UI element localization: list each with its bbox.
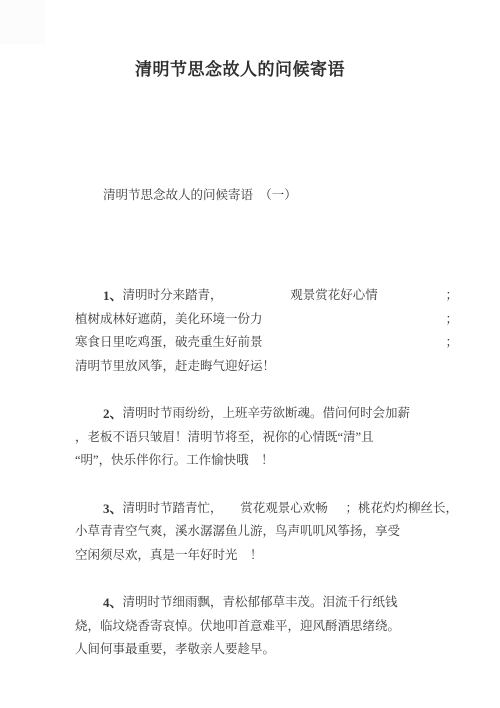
text-line: 寒食日里吃鸡蛋，破壳重生好前景； (75, 331, 458, 355)
text-run: 清明时分来踏青， (123, 284, 223, 308)
text-line: 2、清明时节雨纷纷，上班辛劳欲断魂。借问何时会加薪 (75, 402, 458, 426)
text-line: 空闲须尽欢，真是一年好时光 ！ (75, 544, 458, 568)
text-run: 清明节里放风筝，赶走晦气迎好运！ (75, 355, 275, 379)
text-run: 植树成林好遮荫，美化环境一份力 (75, 308, 263, 332)
text-run: 赏花观景心欢畅 (240, 497, 328, 521)
text-run: 清明时节雨纷纷，上班辛劳欲断魂。借问何时会加薪 (123, 402, 411, 426)
gap-spacer (263, 331, 446, 355)
text-line: 小草青青空气爽，溪水潺潺鱼儿游，鸟声叽叽风筝扬，享受 (75, 520, 458, 544)
gap-spacer (223, 497, 241, 521)
paragraph-number: 4、 (103, 591, 123, 615)
text-line: 3、清明时节踏青忙，赏花观景心欢畅；桃花灼灼柳丝长， (75, 497, 458, 521)
text-run: “明”，快乐伴你行。工作愉快哦 ！ (75, 449, 274, 473)
paragraph: 4、清明时节细雨飘，青松郁郁草丰茂。泪流千行纸钱烧，临坟烧香寄哀悼。伏地叩首意难… (75, 591, 458, 662)
paragraph-number: 1、 (103, 284, 123, 308)
document-title: 清明节思念故人的问候寄语 (0, 58, 480, 82)
text-run: ； (445, 331, 458, 355)
text-run: 观景赏花好心情 (290, 284, 378, 308)
text-run: ，老板不语只皱眉！清明节将至，祝你的心情既“清”且 (75, 426, 374, 450)
text-line: “明”，快乐伴你行。工作愉快哦 ！ (75, 449, 458, 473)
paragraph-number: 2、 (103, 402, 123, 426)
text-run: 空闲须尽欢，真是一年好时光 ！ (75, 544, 263, 568)
document-subtitle: 清明节思念故人的问候寄语 （一） (0, 185, 500, 205)
text-line: 清明节里放风筝，赶走晦气迎好运！ (75, 355, 458, 379)
text-line: ，老板不语只皱眉！清明节将至，祝你的心情既“清”且 (75, 426, 458, 450)
text-line: 人间何事最重要，孝敬亲人要趁早。 (75, 638, 458, 662)
text-line: 1、清明时分来踏青，观景赏花好心情； (75, 284, 458, 308)
document-body: 1、清明时分来踏青，观景赏花好心情；植树成林好遮荫，美化环境一份力；寒食日里吃鸡… (0, 284, 500, 662)
gap-spacer (328, 497, 346, 521)
text-line: 4、清明时节细雨飘，青松郁郁草丰茂。泪流千行纸钱 (75, 591, 458, 615)
text-run: 清明时节踏青忙， (123, 497, 223, 521)
gap-spacer (223, 284, 291, 308)
text-line: 植树成林好遮荫，美化环境一份力； (75, 308, 458, 332)
text-run: 小草青青空气爽，溪水潺潺鱼儿游，鸟声叽叽风筝扬，享受 (75, 520, 400, 544)
gap-spacer (263, 308, 446, 332)
text-run: 人间何事最重要，孝敬亲人要趁早。 (75, 638, 275, 662)
scan-artifact (0, 0, 46, 44)
text-run: ； (445, 308, 458, 332)
document-page: 清明节思念故人的问候寄语 清明节思念故人的问候寄语 （一） 1、清明时分来踏青，… (0, 0, 500, 708)
text-run: ； (445, 284, 458, 308)
paragraph: 1、清明时分来踏青，观景赏花好心情；植树成林好遮荫，美化环境一份力；寒食日里吃鸡… (75, 284, 458, 378)
paragraph-number: 3、 (103, 497, 123, 521)
paragraph: 3、清明时节踏青忙，赏花观景心欢畅；桃花灼灼柳丝长，小草青青空气爽，溪水潺潺鱼儿… (75, 497, 458, 568)
text-line: 烧，临坟烧香寄哀悼。伏地叩首意难平，迎风酹酒思绪绕。 (75, 615, 458, 639)
gap-spacer (378, 284, 446, 308)
text-run: 烧，临坟烧香寄哀悼。伏地叩首意难平，迎风酹酒思绪绕。 (75, 615, 400, 639)
paragraph: 2、清明时节雨纷纷，上班辛劳欲断魂。借问何时会加薪，老板不语只皱眉！清明节将至，… (75, 402, 458, 473)
text-run: ；桃花灼灼柳丝长， (345, 497, 458, 521)
text-run: 寒食日里吃鸡蛋，破壳重生好前景 (75, 331, 263, 355)
text-run: 清明时节细雨飘，青松郁郁草丰茂。泪流千行纸钱 (123, 591, 398, 615)
